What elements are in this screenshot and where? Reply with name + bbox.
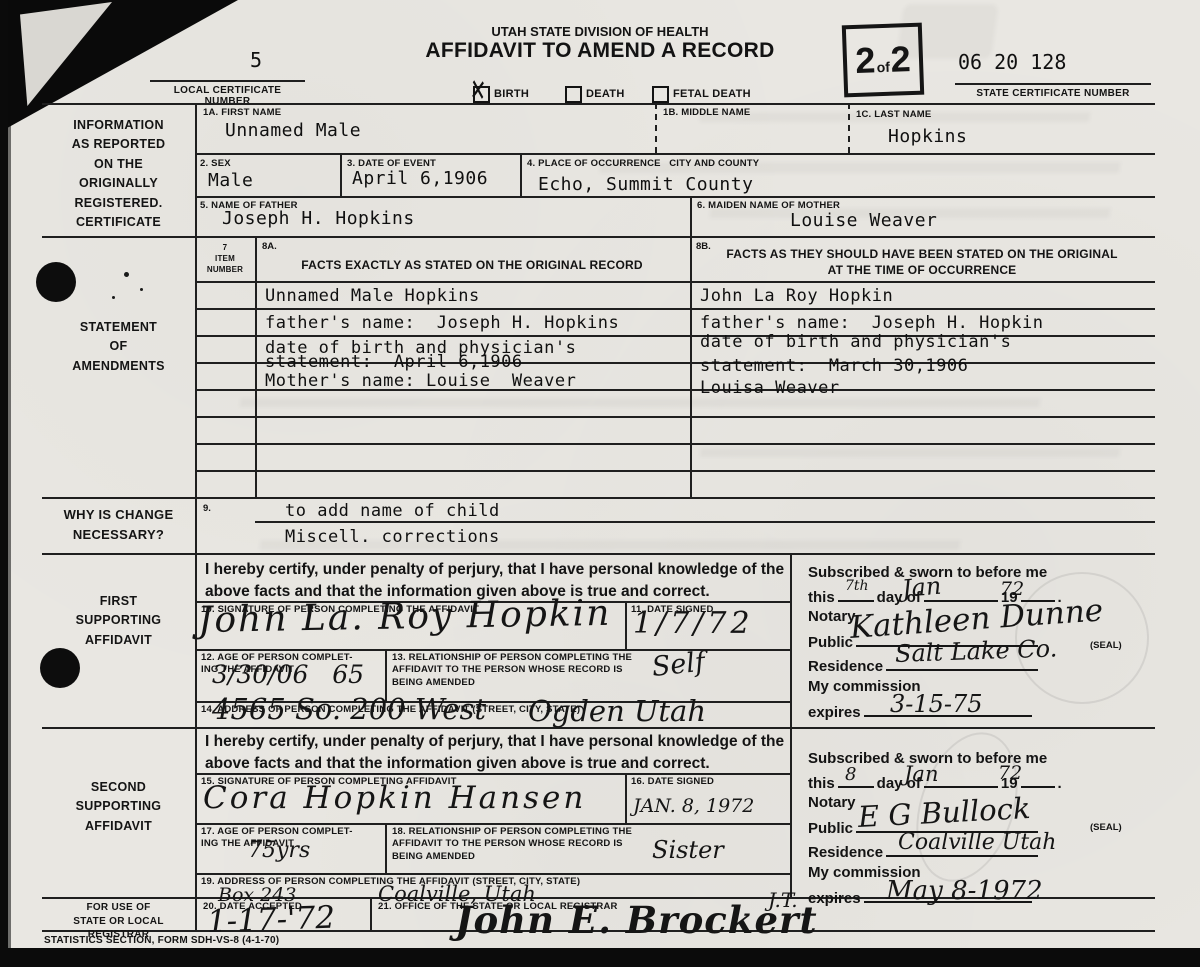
notary2-residence: Coalville Utah	[898, 830, 1056, 855]
notary2-expires-date: May 8-1972	[886, 876, 1043, 906]
grid-line	[42, 236, 1155, 238]
form-number-note: STATISTICS SECTION, FORM SDH-VS-8 (4-1-7…	[44, 934, 279, 947]
section-label-second-affidavit: SECOND SUPPORTING AFFIDAVIT	[42, 778, 195, 836]
grid-line	[625, 601, 627, 649]
affidavit-document: UTAH STATE DIVISION OF HEALTH AFFIDAVIT …	[0, 0, 1200, 967]
notary1-residence: Salt Lake Co.	[895, 634, 1058, 668]
grid-line	[42, 553, 1155, 555]
registrar-initials: J.T.	[768, 888, 798, 912]
relationship-label-13: 13. RELATIONSHIP OF PERSON COMPLETING TH…	[392, 652, 637, 689]
state-certificate-label: STATE CERTIFICATE NUMBER	[955, 88, 1151, 99]
grid-line	[195, 153, 1155, 155]
sex-value: Male	[208, 170, 253, 191]
middle-name-label: 1B. MIDDLE NAME	[663, 107, 750, 119]
mother-name-value: Louise Weaver	[790, 210, 937, 231]
father-name-value: Joseph H. Hopkins	[222, 208, 415, 229]
grid-line	[625, 773, 627, 823]
ink-speck	[124, 272, 129, 277]
notary1-year: 72	[1000, 578, 1024, 600]
grid-line	[42, 497, 1155, 499]
fact-corrected-line: John La Roy Hopkin	[700, 286, 893, 306]
affiant1-date-signed: 1/7/72	[633, 606, 754, 641]
affiant2-date-signed: JAN. 8, 1972	[633, 795, 754, 817]
fact-original-line: Unnamed Male Hopkins	[265, 286, 480, 306]
ink-speck	[112, 296, 115, 299]
grid-line	[195, 823, 790, 825]
notary2-seal-label: (SEAL)	[1090, 822, 1122, 833]
page-stamp-of: of	[876, 59, 890, 75]
affiant1-relationship: Self	[650, 647, 706, 683]
state-certificate-number: 06 20 128	[958, 50, 1066, 74]
fact-corrected-line: Louisa Weaver	[700, 378, 840, 398]
bleedthrough-text	[699, 448, 1120, 457]
affiant1-age: 3/30/06 65	[212, 660, 364, 689]
fact-original-line: Mother's name: Louise Weaver	[265, 371, 576, 391]
grid-line	[195, 470, 1155, 472]
fact-original-line: father's name: Joseph H. Hopkins	[265, 313, 619, 333]
notary2-year: 72	[998, 762, 1022, 784]
certification-text: I hereby certify, under penalty of perju…	[205, 731, 795, 776]
why-change-line2: Miscell. corrections	[285, 527, 500, 547]
hole-punch	[36, 262, 76, 302]
last-name-value: Hopkins	[888, 126, 967, 147]
birth-checkbox-label: BIRTH	[494, 88, 529, 100]
grid-line	[195, 308, 1155, 310]
why-change-item-number: 9.	[203, 503, 211, 514]
section-label-first-affidavit: FIRST SUPPORTING AFFIDAVIT	[42, 592, 195, 650]
registrar-signature: John E. Brockert	[455, 898, 818, 942]
fact-corrected-line: date of birth and physician's	[700, 332, 1011, 352]
date-signed-label-16: 16. DATE SIGNED	[631, 776, 714, 788]
notary1-day: 7th	[845, 578, 869, 594]
place-value: Echo, Summit County	[538, 174, 753, 195]
place-label: 4. PLACE OF OCCURRENCE CITY AND COUNTY	[527, 158, 759, 170]
grid-line	[385, 823, 387, 873]
affiant1-address-street: 4565 So. 200 West	[212, 692, 486, 726]
local-certificate-number: 5	[250, 48, 262, 72]
grid-line-dashed	[655, 103, 657, 153]
relationship-label-18: 18. RELATIONSHIP OF PERSON COMPLETING TH…	[392, 826, 637, 863]
grid-line	[520, 153, 522, 196]
affiant1-signature: John La. Roy Hopkin	[198, 593, 612, 641]
page-stamp-number: 2	[855, 42, 876, 79]
grid-line	[42, 103, 1155, 105]
date-of-event-value: April 6,1906	[352, 168, 488, 189]
local-number-line	[150, 80, 305, 82]
why-change-line1: to add name of child	[285, 501, 500, 521]
page-stamp-number: 2	[890, 41, 911, 78]
grid-line	[340, 153, 342, 196]
section-label-amendments: STATEMENT OF AMENDMENTS	[42, 318, 195, 376]
fact-corrected-line: statement: March 30,1906	[700, 356, 968, 376]
column-8b-header: FACTS AS THEY SHOULD HAVE BEEN STATED ON…	[692, 246, 1152, 278]
division-name: UTAH STATE DIVISION OF HEALTH	[300, 24, 900, 39]
notary1-expires-date: 3-15-75	[890, 690, 983, 718]
state-number-line	[955, 83, 1151, 85]
fact-original-line: statement: April 6,1906	[265, 352, 523, 372]
ink-speck	[140, 288, 143, 291]
grid-line	[195, 196, 1155, 198]
fetal-death-checkbox	[652, 86, 669, 103]
grid-line-dashed	[848, 103, 850, 153]
affiant1-address-city: Ogden Utah	[528, 694, 706, 728]
grid-line	[690, 196, 692, 236]
scan-bottom-edge	[0, 948, 1200, 967]
grid-line	[370, 897, 372, 930]
death-checkbox-label: DEATH	[586, 88, 625, 100]
grid-line	[255, 236, 257, 497]
affiant2-relationship: Sister	[652, 836, 724, 864]
grid-line	[195, 103, 197, 932]
last-name-label: 1C. LAST NAME	[856, 109, 931, 121]
section-label-why-change: WHY IS CHANGE NECESSARY?	[42, 505, 195, 545]
section-label-original-info: INFORMATION AS REPORTED ON THE ORIGINALL…	[42, 116, 195, 232]
notary2-month: Jan	[904, 762, 938, 786]
notary1-seal-label: (SEAL)	[1090, 640, 1122, 651]
fetal-death-checkbox-label: FETAL DEATH	[673, 88, 751, 100]
hole-punch	[40, 648, 80, 688]
grid-line	[255, 521, 1155, 523]
grid-line	[195, 281, 1155, 283]
fact-corrected-line: father's name: Joseph H. Hopkin	[700, 313, 1044, 333]
notary2-notary-label: Notary	[808, 794, 856, 811]
affiant2-signature: Cora Hopkin Hansen	[203, 780, 586, 816]
grid-line	[195, 873, 790, 875]
bleedthrough-text	[239, 398, 1040, 407]
notary1-month: Jan	[901, 572, 943, 603]
first-name-value: Unnamed Male	[225, 120, 361, 141]
page-stamp: 2 of 2	[842, 23, 924, 98]
grid-line	[195, 416, 1155, 418]
grid-line	[195, 443, 1155, 445]
first-name-label: 1A. FIRST NAME	[203, 107, 281, 119]
column-8a-header: FACTS EXACTLY AS STATED ON THE ORIGINAL …	[257, 257, 687, 273]
death-checkbox	[565, 86, 582, 103]
notary2-day: 8	[845, 764, 856, 785]
sex-label: 2. SEX	[200, 158, 231, 170]
affiant2-age: 75yrs	[248, 838, 310, 863]
form-title: AFFIDAVIT TO AMEND A RECORD	[300, 39, 900, 63]
item-number-column-header: 7 ITEM NUMBER	[197, 243, 253, 275]
column-8a-number: 8A.	[262, 241, 277, 252]
scan-left-edge	[0, 0, 14, 952]
